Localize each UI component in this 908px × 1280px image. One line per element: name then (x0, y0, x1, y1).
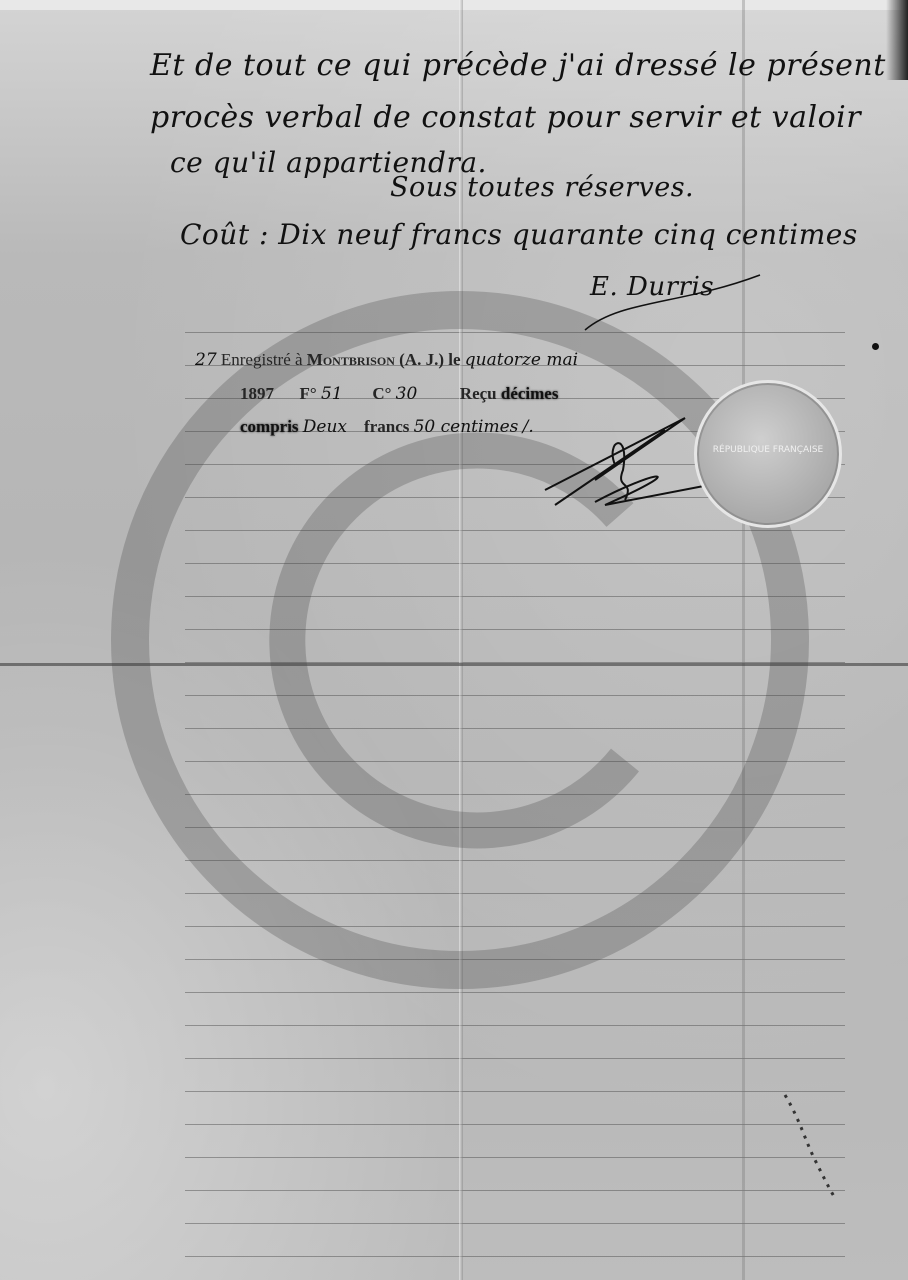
page-top-edge (0, 0, 908, 10)
stamp-date: quatorze mai (465, 350, 578, 370)
embossed-seal: RÉPUBLIQUE FRANÇAISE (694, 380, 842, 528)
stamp-prefix: Enregistré à (221, 350, 303, 369)
case-value: 30 (396, 384, 418, 404)
ink-spot (872, 343, 879, 350)
signature-flourish-icon (580, 270, 770, 340)
stamp-line-2: 1897 F° 51 C° 30 Reçu décimes (240, 384, 558, 404)
amount-printed: francs (364, 417, 409, 436)
received-label: Reçu (460, 384, 497, 403)
handwritten-line-4: Sous toutes réserves. (390, 172, 694, 203)
stamp-district: (A. J.) (399, 350, 444, 369)
stamp-line-3: compris Deux francs 50 centimes /. (240, 417, 534, 437)
vertical-fold-right (742, 0, 745, 1280)
stamp-year: 1897 (240, 384, 274, 403)
folio-label: F° (300, 384, 317, 403)
stamp-le: le (448, 350, 460, 369)
paper-damage-icon (780, 1090, 840, 1200)
handwritten-line-cost: Coût : Dix neuf francs quarante cinq cen… (180, 218, 858, 251)
handwritten-line-1: Et de tout ce qui précède j'ai dressé le… (150, 48, 886, 83)
received-suffix: décimes (501, 384, 559, 403)
seal-legend: RÉPUBLIQUE FRANÇAISE (697, 445, 839, 455)
amount-handwritten-2: 50 centimes (414, 417, 519, 437)
included-label: compris (240, 417, 299, 436)
stamp-town: Montbrison (307, 350, 395, 369)
stamp-line-1: 27 Enregistré à Montbrison (A. J.) le qu… (195, 350, 578, 370)
page-edge-shadow (886, 0, 908, 80)
handwritten-line-2: procès verbal de constat pour servir et … (150, 100, 861, 135)
case-label: C° (372, 384, 391, 403)
amount-handwritten-1: Deux (303, 417, 347, 437)
amount-mark: /. (523, 417, 534, 437)
folio-value: 51 (321, 384, 343, 404)
document-page: Et de tout ce qui précède j'ai dressé le… (0, 0, 908, 1280)
horizontal-fold (0, 663, 908, 666)
stamp-number: 27 (195, 350, 217, 370)
